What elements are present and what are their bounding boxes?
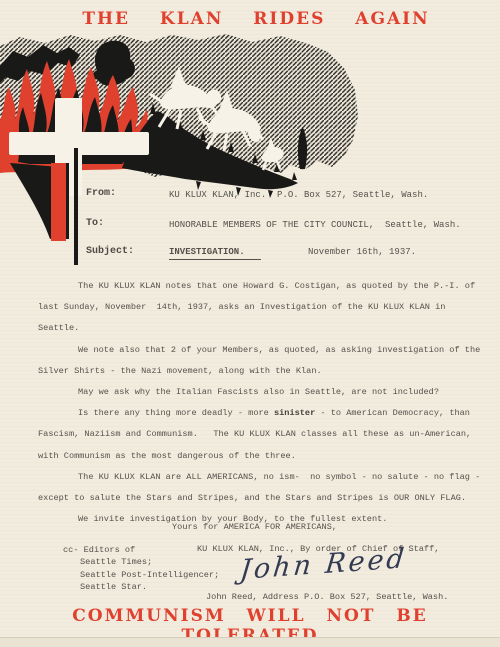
body-p5-line2: except to salute the Stars and Stripes, … bbox=[38, 488, 488, 509]
body-p1-line1: The KU KLUX KLAN notes that one Howard G… bbox=[38, 276, 488, 297]
cross-stem-shadow bbox=[66, 163, 69, 239]
body-p4-line3: with Communism as the most dangerous of … bbox=[38, 446, 488, 467]
letterhead-illustration bbox=[0, 30, 365, 275]
from-value: KU KLUX KLAN, Inc. P.O. Box 527, Seattle… bbox=[169, 190, 428, 200]
body-p4-line1-pre: Is there any thing more deadly - more bbox=[78, 408, 274, 418]
body-p4-line1: Is there any thing more deadly - more si… bbox=[38, 403, 488, 424]
body-p1-line3: Seattle. bbox=[38, 318, 488, 339]
body-p3-line1: May we ask why the Italian Fascists also… bbox=[38, 382, 488, 403]
subject-value: INVESTIGATION. bbox=[169, 247, 261, 260]
body-p1-line2: last Sunday, November 14th, 1937, asks a… bbox=[38, 297, 488, 318]
subject-value-text: INVESTIGATION. bbox=[169, 247, 261, 260]
subject-label: Subject: bbox=[86, 246, 134, 257]
body-p2-line1: We note also that 2 of your Members, as … bbox=[38, 340, 488, 361]
cc-line-2: Seattle Times; bbox=[63, 556, 219, 568]
cc-line-3: Seattle Post-Intelligencer; bbox=[63, 569, 219, 581]
body-p4-line1-post: - to American Democracy, than bbox=[315, 408, 470, 418]
to-label: To: bbox=[86, 218, 104, 229]
typed-name-line: John Reed, Address P.O. Box 527, Seattle… bbox=[206, 592, 448, 602]
letterhead-title: THE KLAN RIDES AGAIN bbox=[0, 9, 500, 29]
cc-line-4: Seattle Star. bbox=[63, 581, 219, 593]
to-value: HONORABLE MEMBERS OF THE CITY COUNCIL, S… bbox=[169, 220, 461, 230]
paper-bottom-edge bbox=[0, 637, 500, 647]
from-label: From: bbox=[86, 188, 116, 199]
body-p4-line1-emphasis: sinister bbox=[274, 408, 315, 418]
cc-line-1: cc- Editors of bbox=[63, 544, 219, 556]
letter-date: November 16th, 1937. bbox=[308, 247, 416, 257]
cross-stem-line bbox=[74, 148, 78, 265]
body-p2-line2: Silver Shirts - the Nazi movement, along… bbox=[38, 361, 488, 382]
scanned-letter-page: THE KLAN RIDES AGAIN bbox=[0, 0, 500, 647]
body-p4-line2: Fascism, Naziism and Communism. The KU K… bbox=[38, 424, 488, 445]
cross-stem-red bbox=[51, 163, 66, 241]
body-p5-line1: The KU KLUX KLAN are ALL AMERICANS, no i… bbox=[38, 467, 488, 488]
cc-block: cc- Editors of Seattle Times; Seattle Po… bbox=[63, 544, 219, 594]
closing-line: Yours for AMERICA FOR AMERICANS, bbox=[172, 522, 337, 532]
letter-body: The KU KLUX KLAN notes that one Howard G… bbox=[38, 276, 488, 530]
